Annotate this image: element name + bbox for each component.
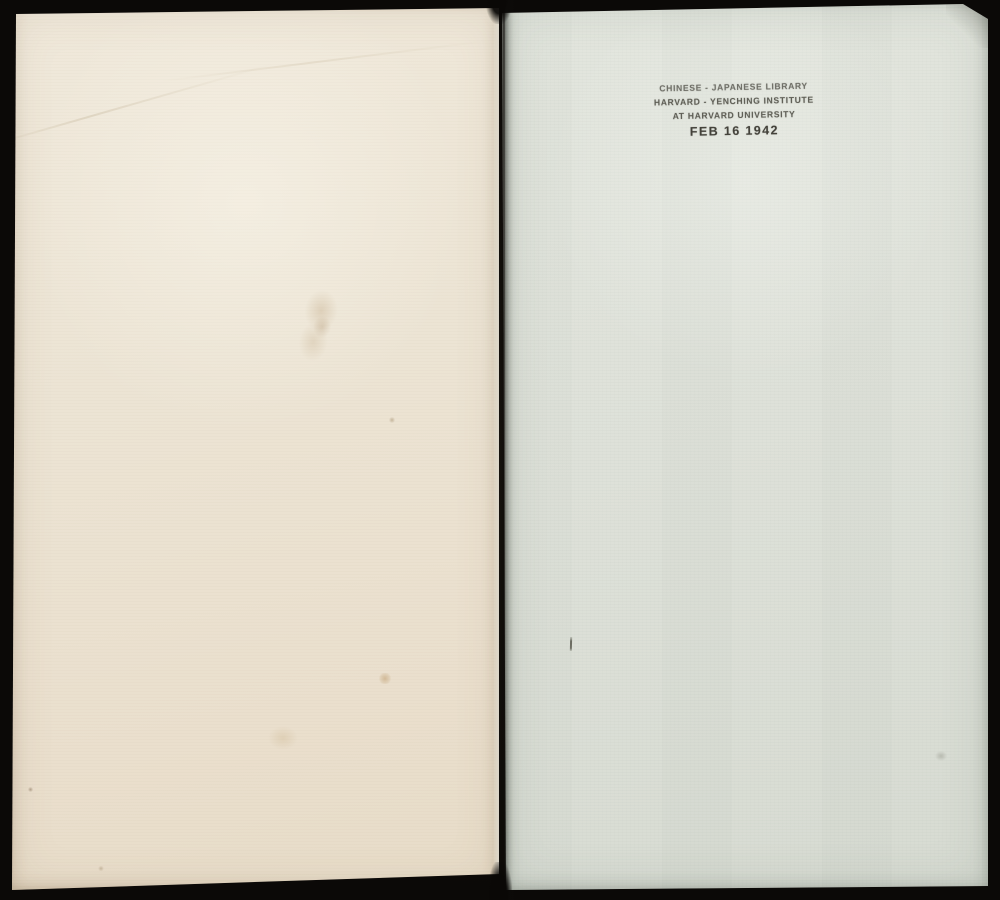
right-page: CHINESE - JAPANESE LIBRARY HARVARD - YEN… bbox=[502, 4, 988, 890]
paper-crease bbox=[0, 63, 274, 148]
gutter-top-gap bbox=[486, 0, 512, 24]
ink-mark bbox=[570, 637, 572, 651]
book-scan: CHINESE - JAPANESE LIBRARY HARVARD - YEN… bbox=[0, 0, 1000, 900]
faint-mark bbox=[935, 751, 947, 761]
stamp-line-university: AT HARVARD UNIVERSITY bbox=[643, 106, 825, 124]
gutter-shadow bbox=[494, 0, 514, 900]
paper-crease bbox=[161, 40, 489, 82]
corner-fold bbox=[946, 4, 988, 48]
paper-speck bbox=[28, 787, 33, 792]
left-page bbox=[10, 8, 499, 890]
foxing-stain bbox=[288, 285, 347, 370]
library-stamp: CHINESE - JAPANESE LIBRARY HARVARD - YEN… bbox=[642, 78, 825, 140]
paper-speck bbox=[98, 866, 104, 871]
stamp-date: FEB 16 1942 bbox=[643, 122, 825, 140]
foxing-patch bbox=[268, 726, 298, 750]
foxing-spot bbox=[379, 673, 391, 684]
paper-speck bbox=[389, 417, 395, 423]
gutter-bottom-gap bbox=[488, 862, 512, 900]
